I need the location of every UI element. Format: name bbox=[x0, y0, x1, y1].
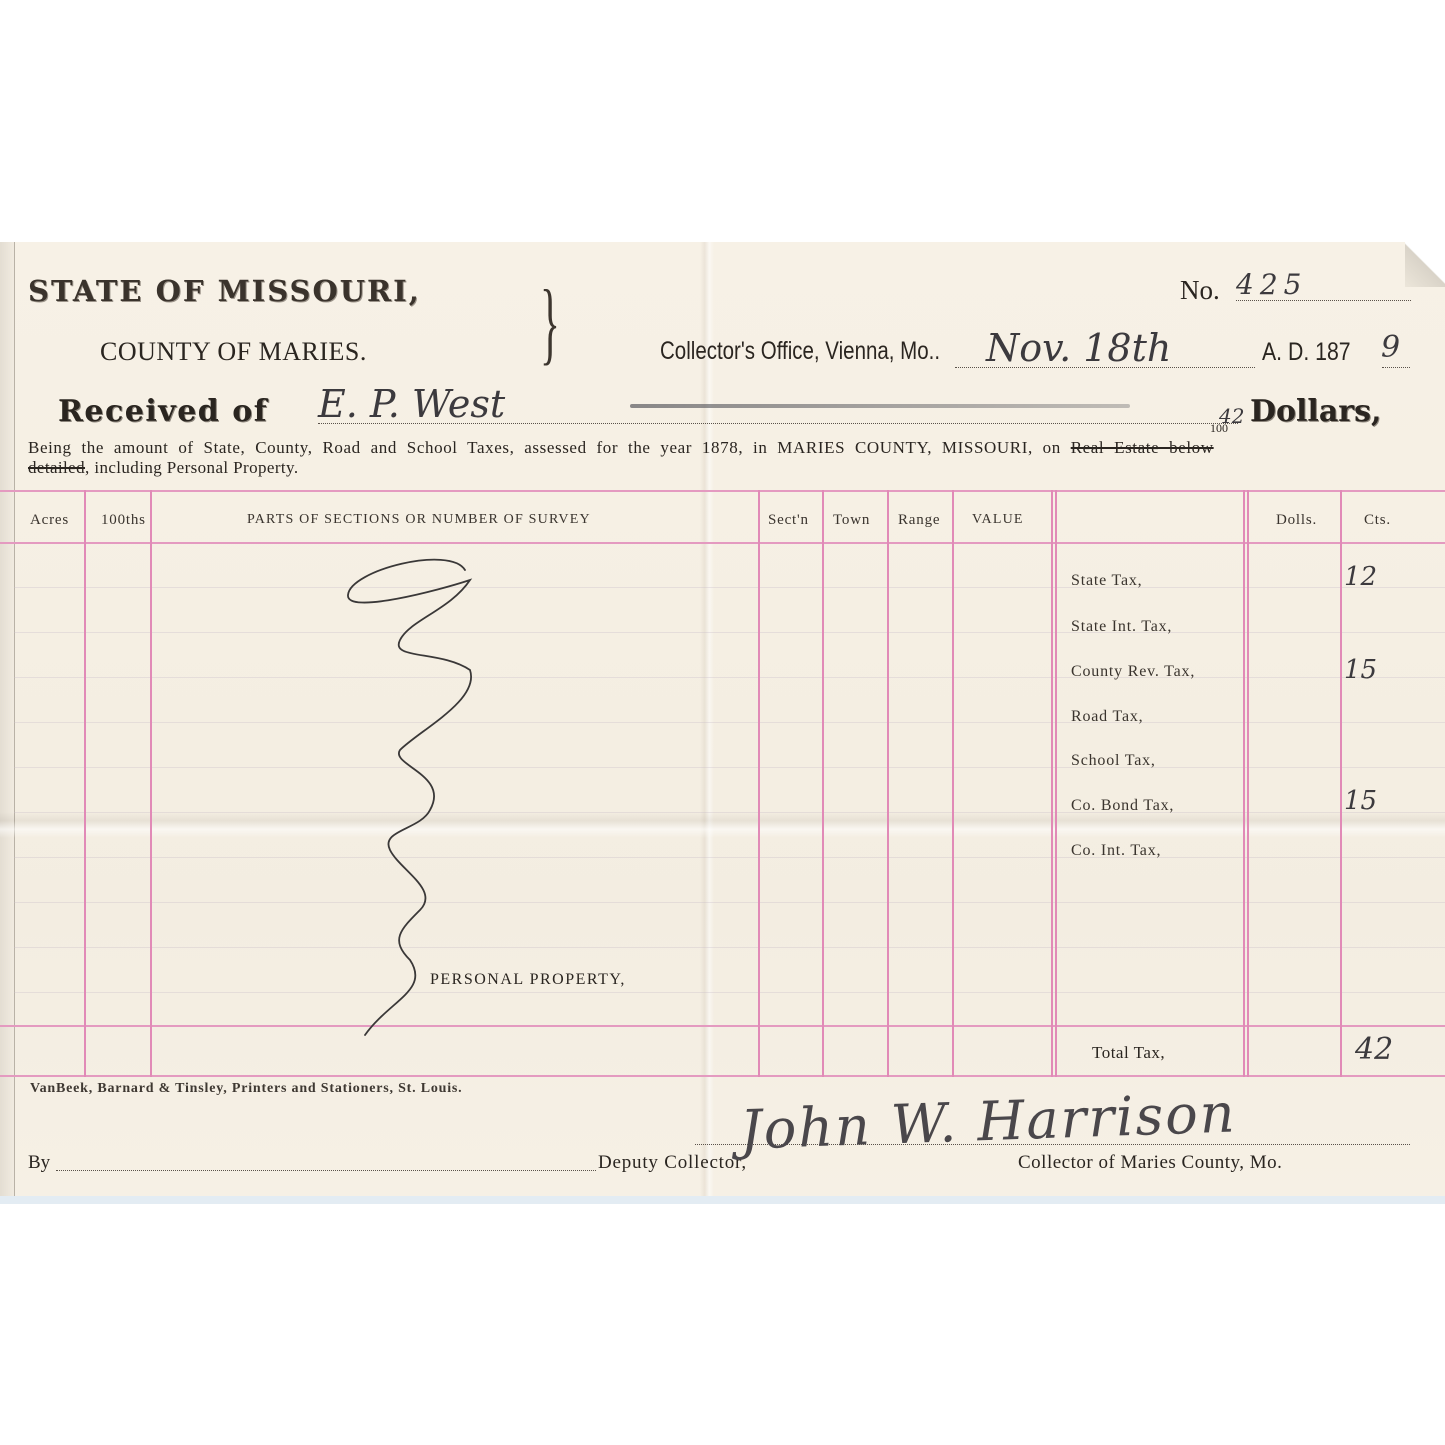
struck-text: detailed bbox=[28, 458, 85, 477]
column-rule bbox=[1055, 490, 1057, 1077]
amount-denominator: 100 bbox=[1210, 421, 1228, 436]
by-label: By bbox=[28, 1152, 50, 1174]
column-rule bbox=[887, 490, 889, 1077]
tax-label-co-int: Co. Int. Tax, bbox=[1071, 842, 1161, 860]
total-tax-value: 42 bbox=[1355, 1032, 1393, 1067]
collector-office-label: Collector's Office, Vienna, Mo.. bbox=[660, 337, 940, 366]
header-acres: Acres bbox=[30, 512, 69, 529]
tax-value-co-bond: 15 bbox=[1344, 786, 1377, 816]
receipt-number-value: 425 bbox=[1236, 268, 1307, 301]
column-rule bbox=[1243, 490, 1245, 1077]
rule-bottom bbox=[0, 1075, 1445, 1077]
assessment-text-line1: Being the amount of State, County, Road … bbox=[28, 438, 1214, 458]
header-section: Sect'n bbox=[768, 512, 809, 529]
personal-property-label: PERSONAL PROPERTY, bbox=[430, 971, 626, 989]
ad-label: A. D. 187 bbox=[1262, 338, 1351, 367]
tax-value-county-rev: 15 bbox=[1344, 655, 1377, 685]
printer-imprint: VanBeek, Barnard & Tinsley, Printers and… bbox=[30, 1081, 462, 1097]
deputy-collector-label: Deputy Collector, bbox=[598, 1152, 747, 1174]
header-cents: Cts. bbox=[1364, 512, 1391, 529]
column-rule bbox=[84, 490, 86, 1077]
ditto-scrawl-icon bbox=[330, 550, 490, 1040]
column-rule bbox=[758, 490, 760, 1077]
rule-header-bottom bbox=[0, 542, 1445, 544]
date-value: Nov. 18th bbox=[986, 326, 1171, 370]
header-value: VALUE bbox=[972, 512, 1024, 528]
paper-edge bbox=[0, 1196, 1445, 1204]
header-hundredths: 100ths bbox=[101, 512, 146, 529]
column-rule bbox=[150, 490, 152, 1077]
tax-label-state-int: State Int. Tax, bbox=[1071, 618, 1172, 636]
year-digit: 9 bbox=[1381, 330, 1400, 365]
column-rule bbox=[822, 490, 824, 1077]
dollars-label: Dollars, bbox=[1250, 394, 1381, 429]
rule-total-top bbox=[0, 1025, 1445, 1027]
receipt-number-label: No. bbox=[1180, 275, 1220, 306]
assessment-text: , including Personal Property. bbox=[85, 458, 298, 477]
ink-scribble-line bbox=[630, 404, 1130, 408]
received-of-label: Received of bbox=[58, 394, 268, 429]
tax-label-road: Road Tax, bbox=[1071, 708, 1143, 726]
column-rule bbox=[952, 490, 954, 1077]
assessment-text: Being the amount of State, County, Road … bbox=[28, 438, 1071, 457]
tax-value-state: 12 bbox=[1344, 562, 1377, 592]
tax-label-school: School Tax, bbox=[1071, 752, 1156, 770]
brace-glyph: } bbox=[540, 276, 560, 368]
torn-corner bbox=[1405, 242, 1445, 287]
year-rule bbox=[1382, 367, 1410, 368]
header-parts-of-sections: PARTS OF SECTIONS OR NUMBER OF SURVEY bbox=[247, 512, 591, 528]
header-dollars: Dolls. bbox=[1276, 512, 1317, 529]
header-town: Town bbox=[833, 512, 870, 529]
column-rule bbox=[1247, 490, 1249, 1077]
county-title: COUNTY OF MARIES. bbox=[100, 337, 367, 367]
tax-label-state: State Tax, bbox=[1071, 572, 1142, 590]
payer-name: E. P. West bbox=[318, 382, 505, 426]
header-range: Range bbox=[898, 512, 940, 529]
struck-text: Real Estate below bbox=[1071, 438, 1214, 457]
deputy-signature-rule bbox=[56, 1170, 596, 1171]
tax-label-co-bond: Co. Bond Tax, bbox=[1071, 797, 1174, 815]
tax-table bbox=[0, 490, 1445, 1080]
state-title: STATE OF MISSOURI, bbox=[28, 274, 421, 308]
rule-top bbox=[0, 490, 1445, 492]
total-tax-label: Total Tax, bbox=[1092, 1043, 1165, 1063]
assessment-text-line2: detailed, including Personal Property. bbox=[28, 458, 298, 478]
collector-title: Collector of Maries County, Mo. bbox=[1018, 1152, 1282, 1174]
column-rule bbox=[1340, 490, 1342, 1077]
tax-label-county-rev: County Rev. Tax, bbox=[1071, 663, 1195, 681]
column-rule bbox=[1051, 490, 1053, 1077]
